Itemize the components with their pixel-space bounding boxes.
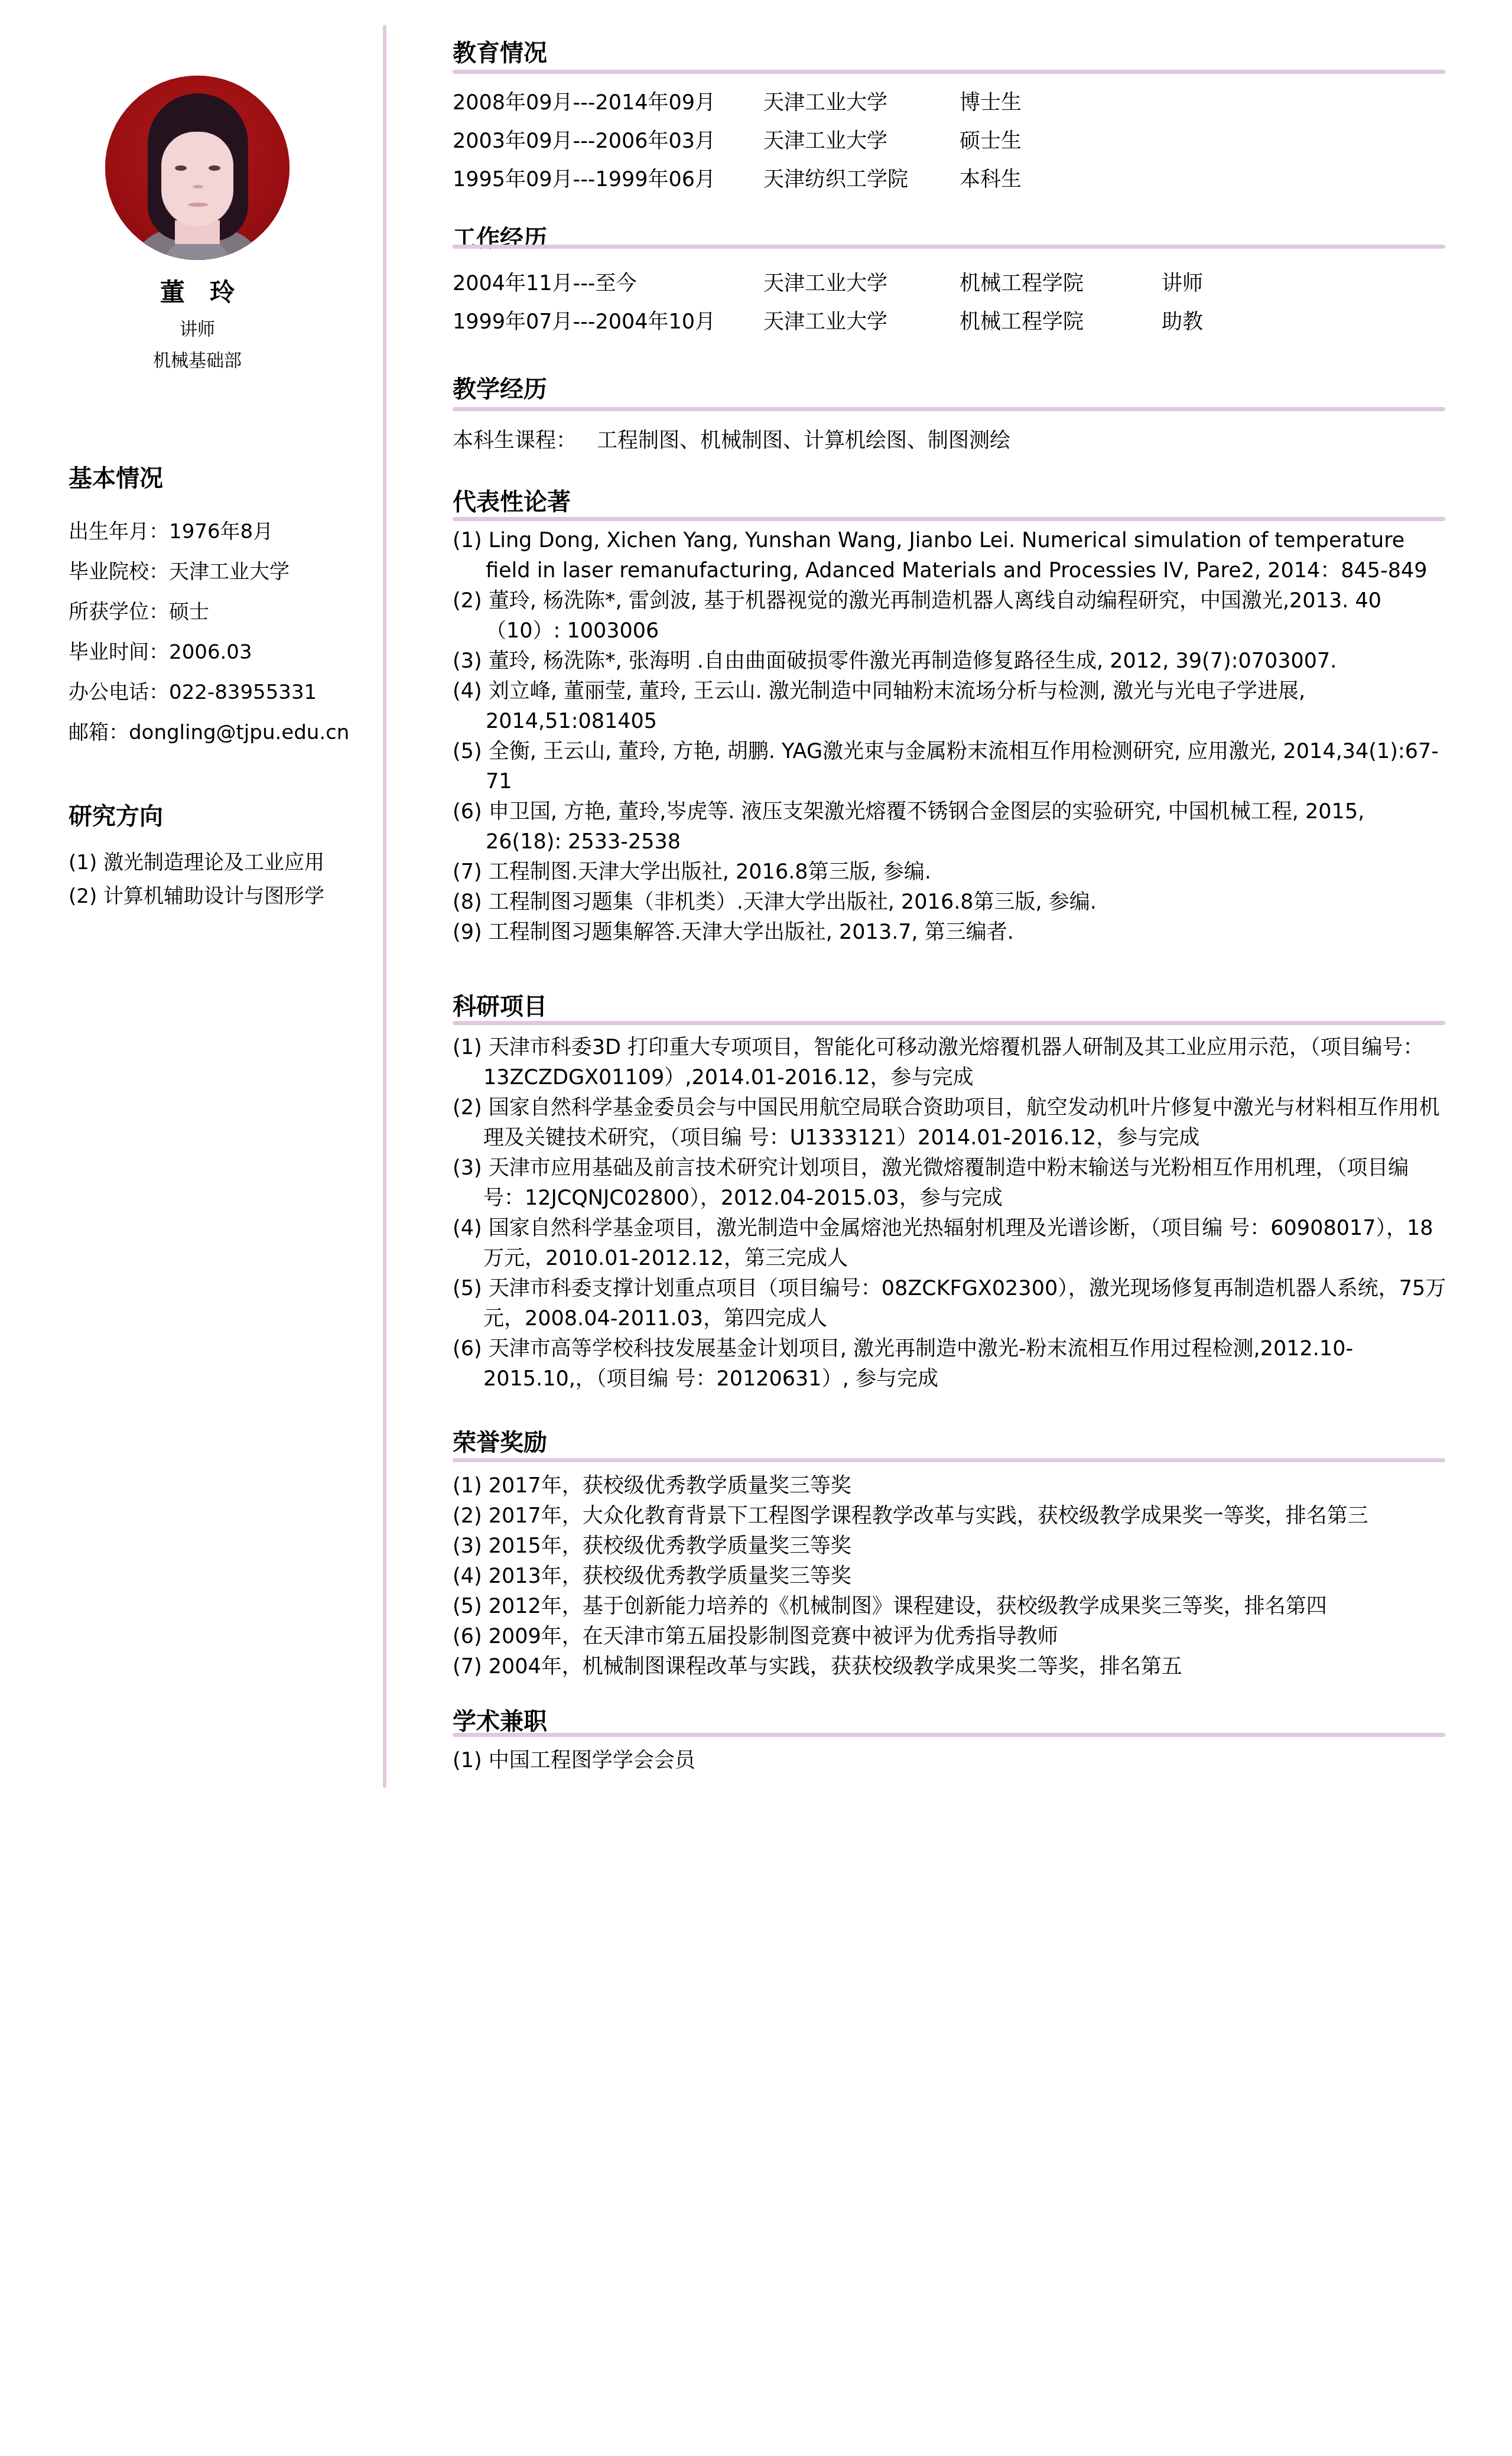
education-school: 天津工业大学 <box>763 125 887 154</box>
basic-info-label: 办公电话： <box>69 681 169 704</box>
research-direction-heading: 研究方向 <box>69 798 163 831</box>
publication-item: (7) 工程制图.天津大学出版社, 2016.8第三版, 参编. <box>453 857 1446 887</box>
section-divider <box>453 1458 1445 1462</box>
section-divider <box>453 1733 1445 1737</box>
project-item: (1) 天津市科委3D 打印重大专项项目，智能化可移动激光熔覆机器人研制及其工业… <box>453 1033 1446 1093</box>
work-dept: 机械工程学院 <box>960 267 1084 297</box>
section-divider <box>453 407 1445 411</box>
education-period: 2003年09月---2006年03月 <box>453 125 716 154</box>
publication-item: (5) 全衡, 王云山, 董玲, 方艳, 胡鹏. YAG激光束与金属粉末流相互作… <box>453 737 1446 797</box>
basic-info-row: 所获学位：硕士 <box>69 596 209 624</box>
photo-nose <box>193 185 203 188</box>
honor-item: (7) 2004年，机械制图课程改革与实践，获获校级教学成果奖二等奖，排名第五 <box>453 1652 1446 1682</box>
section-divider <box>453 245 1445 249</box>
publication-item: (9) 工程制图习题集解答.天津大学出版社, 2013.7, 第三编者. <box>453 918 1446 948</box>
basic-info-row: 毕业时间：2006.03 <box>69 636 252 665</box>
publications-heading: 代表性论著 <box>453 483 571 517</box>
person-department: 机械基础部 <box>0 346 395 372</box>
work-role: 助教 <box>1162 305 1203 335</box>
email-link[interactable]: dongling@tjpu.edu.cn <box>129 721 349 744</box>
projects-heading: 科研项目 <box>453 988 547 1022</box>
work-org: 天津工业大学 <box>763 267 887 297</box>
photo-mouth <box>188 203 208 207</box>
honors-heading: 荣誉奖励 <box>453 1424 547 1458</box>
basic-info-label: 毕业院校： <box>69 560 169 584</box>
basic-info-value: 022-83955331 <box>169 681 317 704</box>
research-direction-item: (1) 激光制造理论及工业应用 <box>69 846 324 875</box>
education-degree: 本科生 <box>960 163 1022 193</box>
photo-eye <box>175 165 187 171</box>
basic-info-value: 硕士 <box>169 600 209 624</box>
honor-item: (1) 2017年，获校级优秀教学质量奖三等奖 <box>453 1471 1446 1501</box>
education-school: 天津工业大学 <box>763 86 887 116</box>
work-dept: 机械工程学院 <box>960 305 1084 335</box>
publication-item: (3) 董玲, 杨洗陈*, 张海明 .自由曲面破损零件激光再制造修复路径生成, … <box>453 646 1446 676</box>
work-period: 1999年07月---2004年10月 <box>453 305 716 335</box>
education-degree: 博士生 <box>960 86 1022 116</box>
honor-item: (4) 2013年，获校级优秀教学质量奖三等奖 <box>453 1562 1446 1592</box>
project-item: (4) 国家自然科学基金项目，激光制造中金属熔池光热辐射机理及光谱诊断，（项目编… <box>453 1214 1446 1274</box>
education-period: 2008年09月---2014年09月 <box>453 86 716 116</box>
section-divider <box>453 1021 1445 1025</box>
education-school: 天津纺织工学院 <box>763 163 908 193</box>
honor-item: (3) 2015年，获校级优秀教学质量奖三等奖 <box>453 1531 1446 1562</box>
academic-posts-heading: 学术兼职 <box>453 1703 547 1736</box>
teaching-heading: 教学经历 <box>453 370 547 404</box>
section-divider <box>453 70 1445 74</box>
basic-info-row: 出生年月：1976年8月 <box>69 515 273 544</box>
publication-item: (6) 申卫国, 方艳, 董玲,岑虎等. 液压支架激光熔覆不锈钢合金图层的实验研… <box>453 797 1446 857</box>
publication-item: (8) 工程制图习题集（非机类）.天津大学出版社, 2016.8第三版, 参编. <box>453 887 1446 918</box>
section-divider <box>453 517 1445 521</box>
teaching-courses: 工程制图、机械制图、计算机绘图、制图测绘 <box>597 424 1010 454</box>
basic-info-label: 出生年月： <box>69 520 169 544</box>
project-item: (3) 天津市应用基础及前言技术研究计划项目，激光微熔覆制造中粉末输送与光粉相互… <box>453 1153 1446 1214</box>
person-name: 董 玲 <box>0 273 395 308</box>
basic-info-value: 2006.03 <box>169 640 252 664</box>
education-degree: 硕士生 <box>960 125 1022 154</box>
honor-item: (6) 2009年，在天津市第五届投影制图竞赛中被评为优秀指导教师 <box>453 1622 1446 1652</box>
work-role: 讲师 <box>1162 267 1203 297</box>
project-item: (6) 天津市高等学校科技发展基金计划项目, 激光再制造中激光-粉末流相互作用过… <box>453 1334 1446 1394</box>
teaching-label: 本科生课程： <box>453 424 577 454</box>
work-period: 2004年11月---至今 <box>453 267 637 297</box>
publication-item: (4) 刘立峰, 董丽莹, 董玲, 王云山. 激光制造中同轴粉末流场分析与检测,… <box>453 676 1446 737</box>
basic-info-value: 天津工业大学 <box>169 560 290 584</box>
basic-info-heading: 基本情况 <box>69 460 163 493</box>
basic-info-row: 毕业院校：天津工业大学 <box>69 555 290 584</box>
basic-info-value: 1976年8月 <box>169 520 273 544</box>
basic-info-row: 办公电话：022-83955331 <box>69 676 317 705</box>
basic-info-label: 邮箱： <box>69 721 129 744</box>
work-org: 天津工业大学 <box>763 305 887 335</box>
project-item: (5) 天津市科委支撑计划重点项目（项目编号：08ZCKFGX02300），激光… <box>453 1274 1446 1334</box>
basic-info-label: 毕业时间： <box>69 640 169 664</box>
research-direction-item: (2) 计算机辅助设计与图形学 <box>69 880 324 909</box>
person-title: 讲师 <box>0 314 395 340</box>
avatar <box>105 76 290 260</box>
honor-item: (2) 2017年，大众化教育背景下工程图学课程教学改革与实践，获校级教学成果奖… <box>453 1501 1446 1531</box>
academic-post-item: (1) 中国工程图学学会会员 <box>453 1746 1446 1776</box>
project-item: (2) 国家自然科学基金委员会与中国民用航空局联合资助项目，航空发动机叶片修复中… <box>453 1093 1446 1153</box>
basic-info-row: 邮箱：dongling@tjpu.edu.cn <box>69 716 349 745</box>
education-period: 1995年09月---1999年06月 <box>453 163 716 193</box>
publication-item: (1) Ling Dong, Xichen Yang, Yunshan Wang… <box>453 526 1446 586</box>
photo-eye <box>209 165 220 171</box>
basic-info-label: 所获学位： <box>69 600 169 624</box>
publication-item: (2) 董玲, 杨洗陈*, 雷剑波, 基于机器视觉的激光再制造机器人离线自动编程… <box>453 586 1446 646</box>
photo-face <box>161 132 233 226</box>
education-heading: 教育情况 <box>453 34 547 68</box>
column-divider <box>383 25 386 1788</box>
honor-item: (5) 2012年，基于创新能力培养的《机械制图》课程建设，获校级教学成果奖三等… <box>453 1592 1446 1622</box>
